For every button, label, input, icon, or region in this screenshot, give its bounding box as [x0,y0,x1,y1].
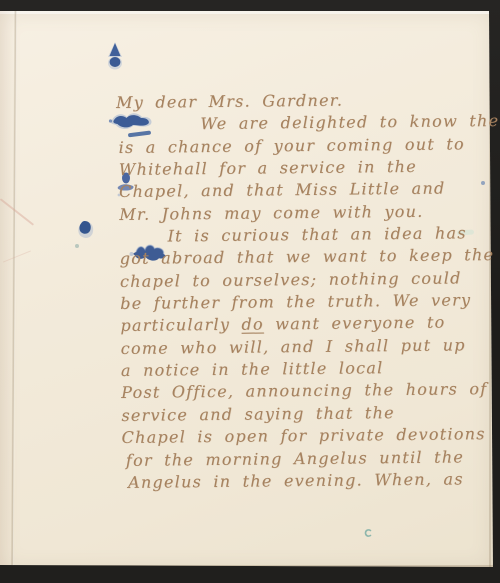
letter-line: Chapel is open for private devotions [120,423,492,449]
letter-line: Angelus in the evening. When, as [120,468,492,494]
letter-lines: My dear Mrs. Gardner.We are delighted to… [116,88,492,494]
letter-line: Chapel, and that Miss Little and [117,177,489,203]
ink-blot-spade-icon [103,39,127,73]
ink-mark-cyan-icon [362,527,374,539]
letter-line: come who will, and I shall put up [119,334,491,360]
paper-top-edge-highlight [0,11,493,14]
letter-line: Post Office, announcing the hours of [119,379,491,405]
letter-line: is a chance of your coming out to [116,133,488,159]
underlined-word: do [241,315,264,334]
ink-blot-margin-dot-icon [73,217,97,253]
paper-bottom-edge-shadow [0,565,493,567]
letter-body: My dear Mrs. Gardner.We are delighted to… [116,88,492,494]
